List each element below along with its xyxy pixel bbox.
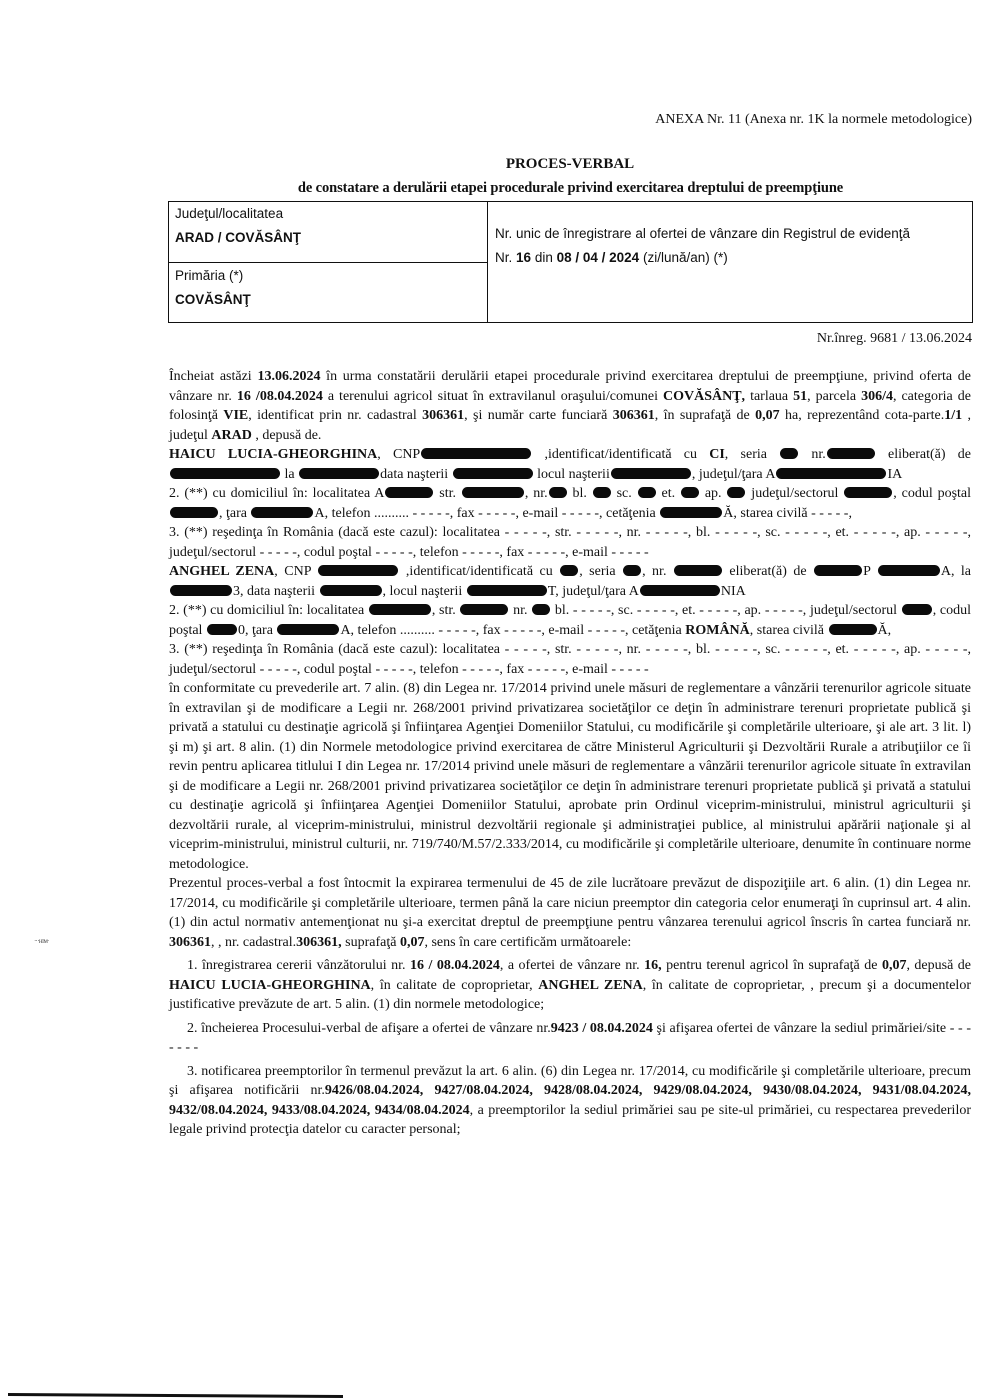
redacted-block	[369, 604, 431, 615]
info-box: Judeţul/localitatea ARAD / COVĂSÂNŢ Prim…	[168, 201, 973, 323]
register-date: 08 / 04 / 2024	[557, 250, 640, 265]
seller2-identity: ANGHEL ZENA, CNP ,identificat/identifica…	[169, 562, 971, 601]
redacted-block	[623, 565, 641, 576]
redacted-block	[277, 624, 339, 635]
townhall-label: Primăria (*)	[175, 268, 243, 283]
seller2-domicile: 2. (**) cu domiciliul în: localitatea , …	[169, 601, 971, 640]
townhall-value: COVĂSÂNŢ	[175, 292, 251, 307]
register-line: Nr. 16 din 08 / 04 / 2024 (zi/lună/an) (…	[495, 246, 964, 270]
document-title: PROCES-VERBAL	[0, 156, 990, 173]
county-value: ARAD / COVĂSÂNŢ	[175, 230, 301, 245]
register-suffix: (zi/lună/an) (*)	[643, 250, 728, 265]
redacted-block	[560, 565, 578, 576]
redacted-block	[902, 604, 932, 615]
statement-paragraph: Prezentul proces-verbal a fost întocmit …	[169, 874, 971, 952]
redacted-block	[251, 507, 313, 518]
redacted-block	[829, 624, 877, 635]
redacted-block	[776, 468, 886, 479]
redacted-block	[170, 468, 280, 479]
redacted-block	[453, 468, 533, 479]
margin-scan-mark: ·· ·нтм·	[34, 937, 48, 945]
county-label: Judeţul/localitatea	[175, 206, 283, 221]
redacted-block	[844, 487, 892, 498]
redacted-block	[814, 565, 862, 576]
info-box-left: Judeţul/localitatea ARAD / COVĂSÂNŢ Prim…	[169, 202, 488, 322]
register-cell: Nr. unic de înregistrare al ofertei de v…	[495, 222, 964, 270]
redacted-block	[170, 585, 232, 596]
seller2-residence: 3. (**) reşedinţa în România (dacă este …	[169, 640, 971, 679]
county-cell: Judeţul/localitatea ARAD / COVĂSÂNŢ	[169, 202, 487, 263]
seller1-identity: HAICU LUCIA-GHEORGHINA, CNP ,identificat…	[169, 445, 971, 484]
item-2: 2. încheierea Procesului-verbal de afişa…	[169, 1019, 971, 1058]
redacted-block	[207, 624, 237, 635]
redacted-block	[318, 565, 398, 576]
redacted-block	[460, 604, 508, 615]
redacted-block	[467, 585, 547, 596]
registration-number: Nr.înreg. 9681 / 13.06.2024	[817, 331, 972, 347]
document-body: Încheiat astăzi 13.06.2024 în urma const…	[169, 367, 971, 1140]
register-prefix: Nr.	[495, 250, 512, 265]
redacted-block	[549, 487, 567, 498]
redacted-block	[660, 507, 722, 518]
document-subtitle: de constatare a derulării etapei procedu…	[168, 180, 973, 197]
item-1: 1. înregistrarea cererii vânzătorului nr…	[169, 956, 971, 1015]
annex-reference: ANEXA Nr. 11 (Anexa nr. 1K la normele me…	[655, 112, 972, 128]
redacted-block	[593, 487, 611, 498]
redacted-block	[674, 565, 722, 576]
redacted-block	[681, 487, 699, 498]
item-3: 3. notificarea preemptorilor în termenul…	[169, 1062, 971, 1140]
redacted-block	[640, 585, 720, 596]
redacted-block	[170, 507, 218, 518]
register-din: din	[535, 250, 553, 265]
seller1-domicile: 2. (**) cu domiciliul în: localitatea A …	[169, 484, 971, 523]
seller1-residence: 3. (**) reşedinţa în România (dacă este …	[169, 523, 971, 562]
redacted-block	[299, 468, 379, 479]
redacted-block	[421, 448, 531, 459]
intro-paragraph: Încheiat astăzi 13.06.2024 în urma const…	[169, 367, 971, 445]
register-label: Nr. unic de înregistrare al ofertei de v…	[495, 222, 964, 246]
redacted-block	[878, 565, 940, 576]
redacted-block	[611, 468, 691, 479]
redacted-block	[385, 487, 433, 498]
redacted-block	[780, 448, 798, 459]
redacted-block	[532, 604, 550, 615]
footer-rule	[8, 1393, 343, 1398]
register-number: 16	[516, 250, 531, 265]
redacted-block	[462, 487, 524, 498]
townhall-cell: Primăria (*) COVĂSÂNŢ	[169, 264, 487, 322]
redacted-block	[827, 448, 875, 459]
redacted-block	[320, 585, 382, 596]
redacted-block	[727, 487, 745, 498]
redacted-block	[638, 487, 656, 498]
legal-basis-paragraph: în conformitate cu prevederile art. 7 al…	[169, 679, 971, 874]
